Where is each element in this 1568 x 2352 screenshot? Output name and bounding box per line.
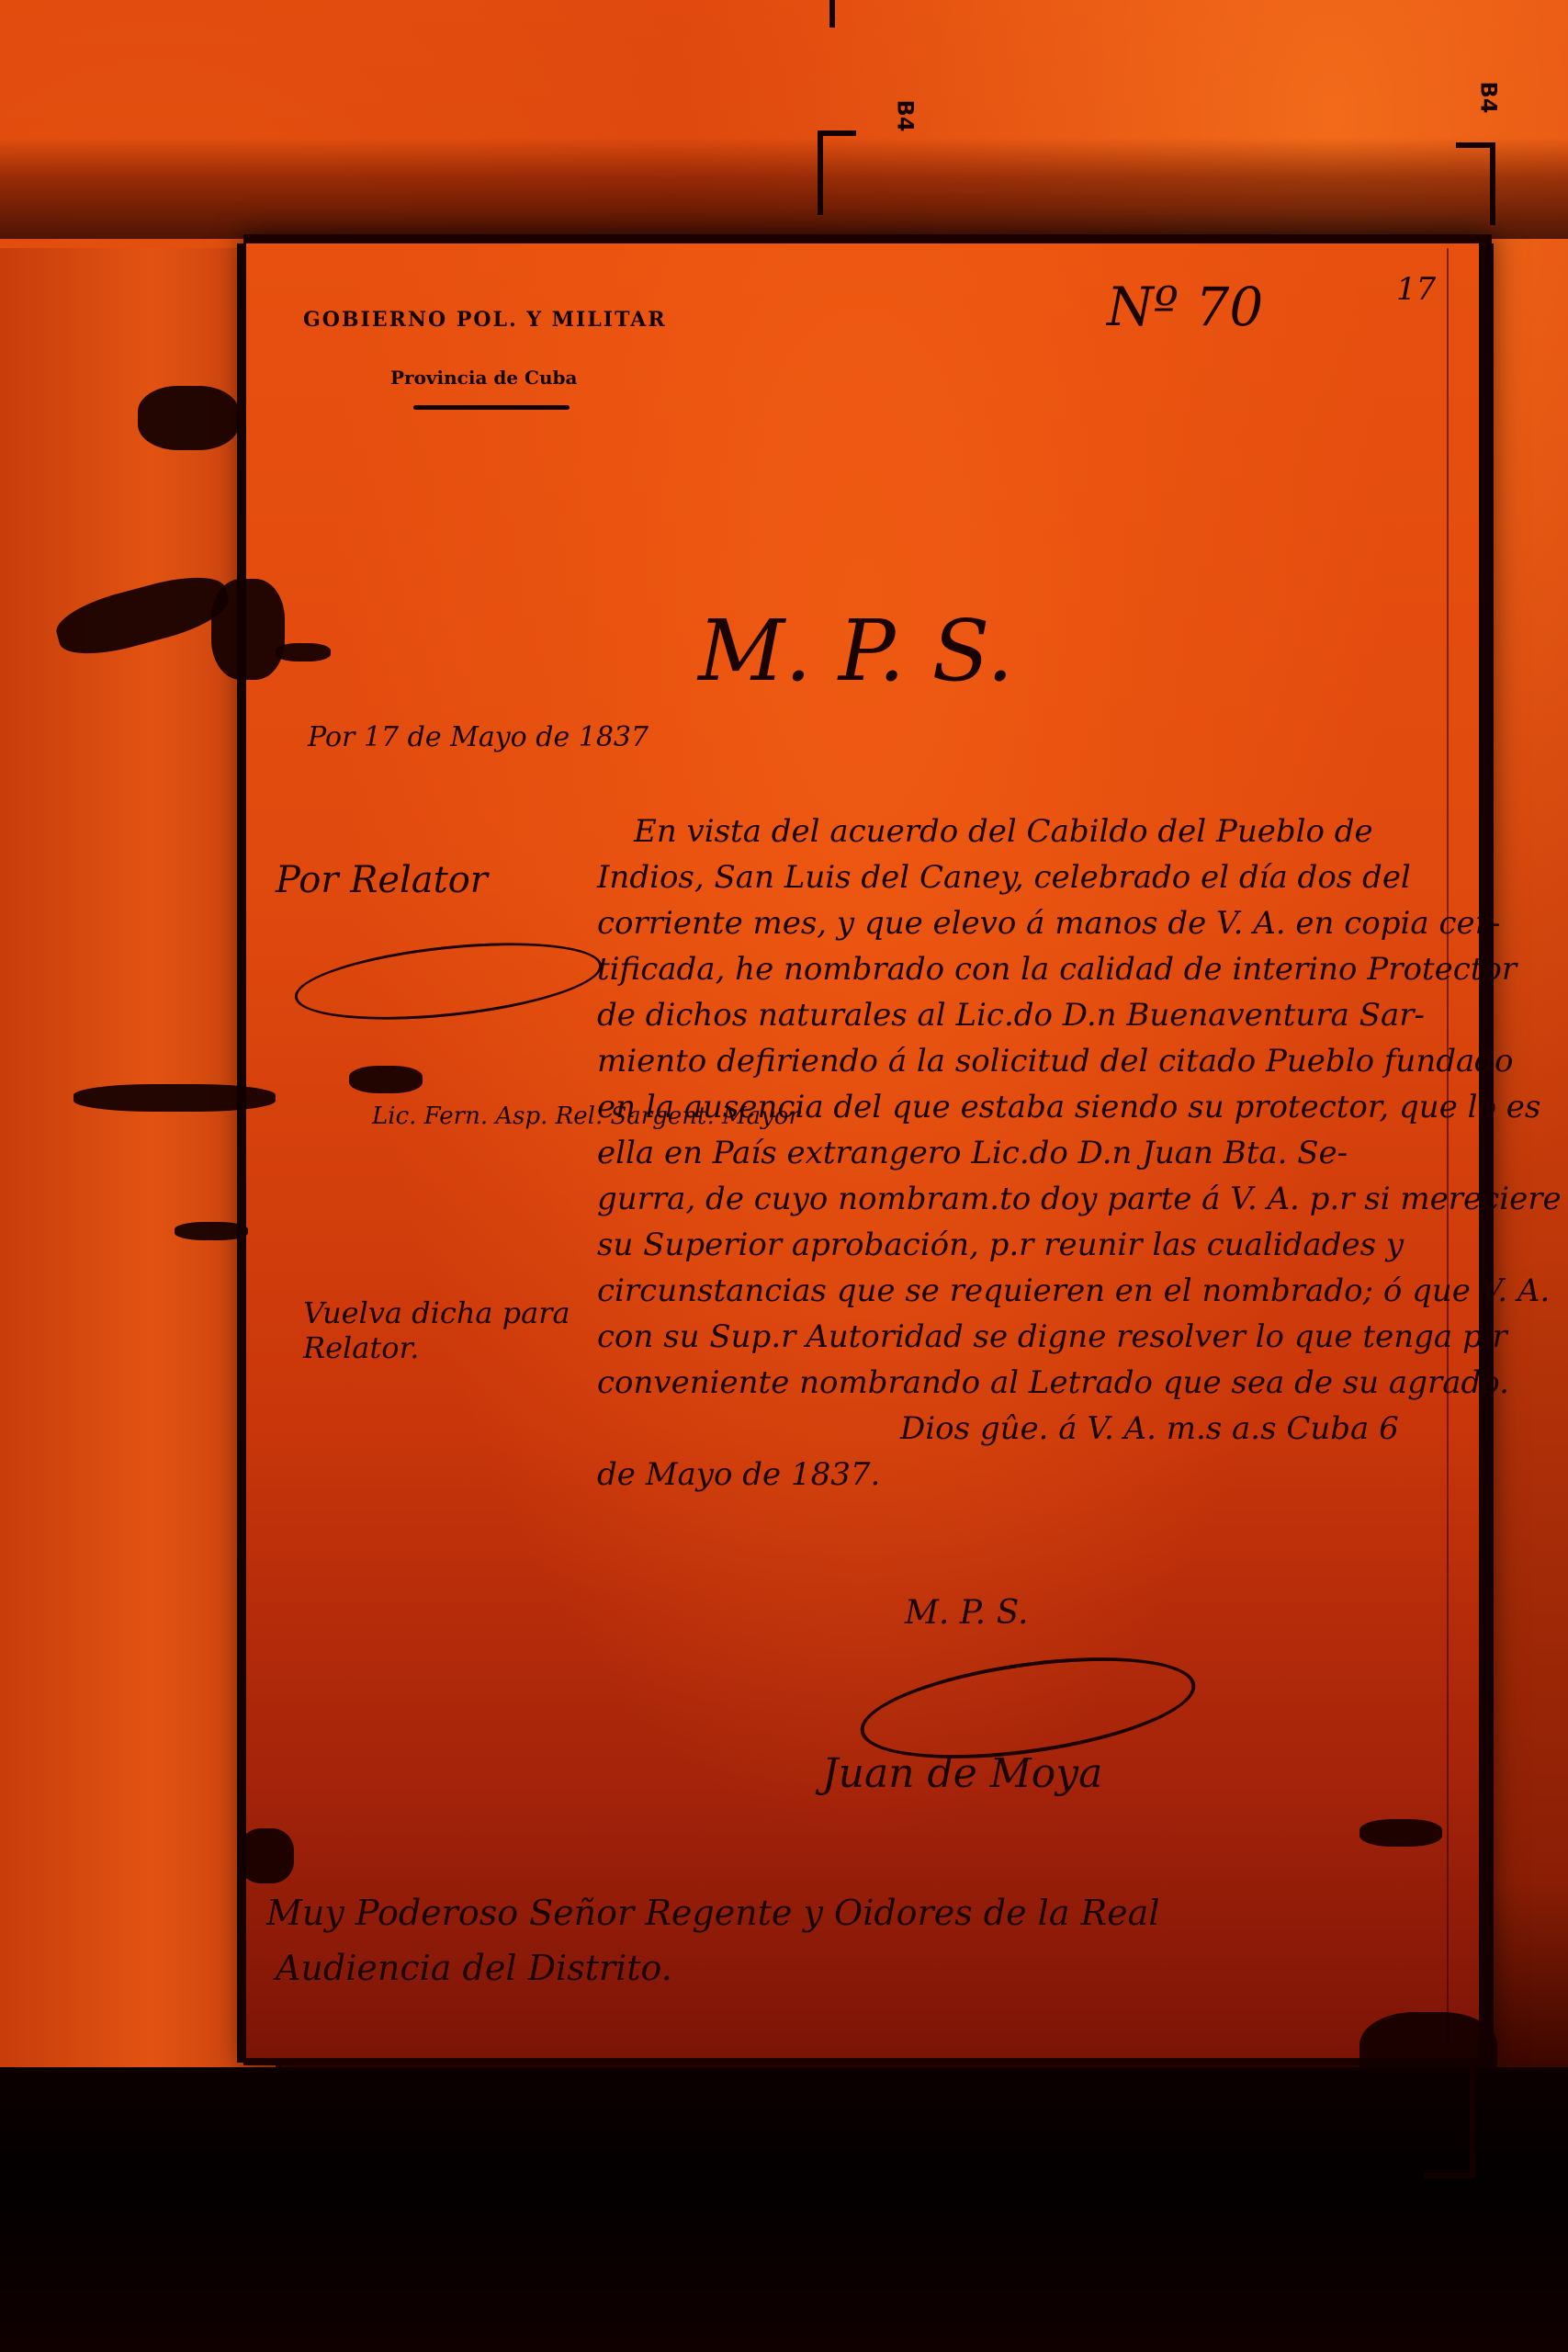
- body-line: miento defiriendo á la solicitud del cit…: [597, 1038, 1461, 1084]
- body-line: Indios, San Luis del Caney, celebrado el…: [597, 854, 1461, 900]
- folio-number: Nº 70: [1107, 276, 1263, 338]
- body-line: su Superior aprobación, p.r reunir las c…: [597, 1222, 1461, 1268]
- body-line: en la ausencia del que estaba siendo su …: [597, 1084, 1461, 1130]
- gutter-damage: [237, 243, 246, 2063]
- margin-return-note: Vuelva dicha para Relator.: [303, 1295, 579, 1365]
- body-line: En vista del acuerdo del Cabildo del Pue…: [634, 808, 1461, 854]
- body-line: tificada, he nombrado con la calidad de …: [597, 946, 1461, 992]
- ink-blot: [276, 643, 331, 661]
- body-line: de dichos naturales al Lic.do D.n Buenav…: [597, 992, 1461, 1038]
- signature: Juan de Moya: [822, 1750, 1102, 1797]
- body-line: gurra, de cuyo nombram.to doy parte á V.…: [597, 1176, 1461, 1222]
- crop-label-left: B4: [893, 100, 919, 132]
- margin-relator-note: Por Relator: [276, 859, 488, 901]
- letterhead: GOBIERNO POL. Y MILITAR Provincia de Cub…: [303, 308, 667, 410]
- ink-blot: [349, 1066, 423, 1093]
- letterhead-rule: [413, 405, 570, 410]
- page-number: 17: [1396, 271, 1436, 308]
- right-edge-shadow: [1479, 243, 1494, 2053]
- crop-mark-bottom-right: [1470, 2067, 1475, 2177]
- body-line: de Mayo de 1837.: [597, 1452, 1461, 1498]
- ink-blot: [1359, 1819, 1442, 1847]
- addressee-line-1: Muy Poderoso Señor Regente y Oidores de …: [266, 1893, 1159, 1933]
- margin-date-note: Por 17 de Mayo de 1837: [308, 721, 649, 753]
- crop-mark-right-vertical: [1490, 142, 1495, 225]
- crop-mark-left-vertical: [818, 130, 823, 215]
- body-line: Dios gûe. á V. A. m.s a.s Cuba 6: [900, 1406, 1461, 1452]
- body-line: con su Sup.r Autoridad se digne resolver…: [597, 1314, 1461, 1360]
- addressee-line-2: Audiencia del Distrito.: [276, 1948, 672, 1988]
- crop-mark-left-horizontal: [818, 130, 856, 136]
- ink-blot: [211, 579, 285, 680]
- body-line: conveniente nombrando al Letrado que sea…: [597, 1360, 1461, 1406]
- salutation: M. P. S.: [698, 602, 1013, 700]
- letter-body: En vista del acuerdo del Cabildo del Pue…: [634, 808, 1461, 1498]
- body-line: ella en País extrangero Lic.do D.n Juan …: [597, 1130, 1461, 1176]
- shadow-band: [0, 138, 1568, 239]
- letterhead-subtitle: Provincia de Cuba: [390, 367, 667, 389]
- ink-blot: [73, 1084, 276, 1112]
- body-line: corriente mes, y que elevo á manos de V.…: [597, 900, 1461, 946]
- body-line: circunstancias que se requieren en el no…: [597, 1268, 1461, 1314]
- bottom-shadow: [0, 2067, 1568, 2352]
- closing-salutation: M. P. S.: [905, 1594, 1028, 1632]
- crop-mark-bottom-right-h: [1424, 2173, 1475, 2178]
- crop-mark-left-top: [829, 0, 835, 28]
- ink-blot: [239, 1828, 294, 1883]
- crop-label-right: B4: [1476, 82, 1502, 114]
- ink-blot: [138, 386, 239, 450]
- ink-blot: [175, 1222, 248, 1240]
- crop-mark-right-horizontal: [1456, 142, 1495, 148]
- letterhead-title: GOBIERNO POL. Y MILITAR: [303, 308, 667, 332]
